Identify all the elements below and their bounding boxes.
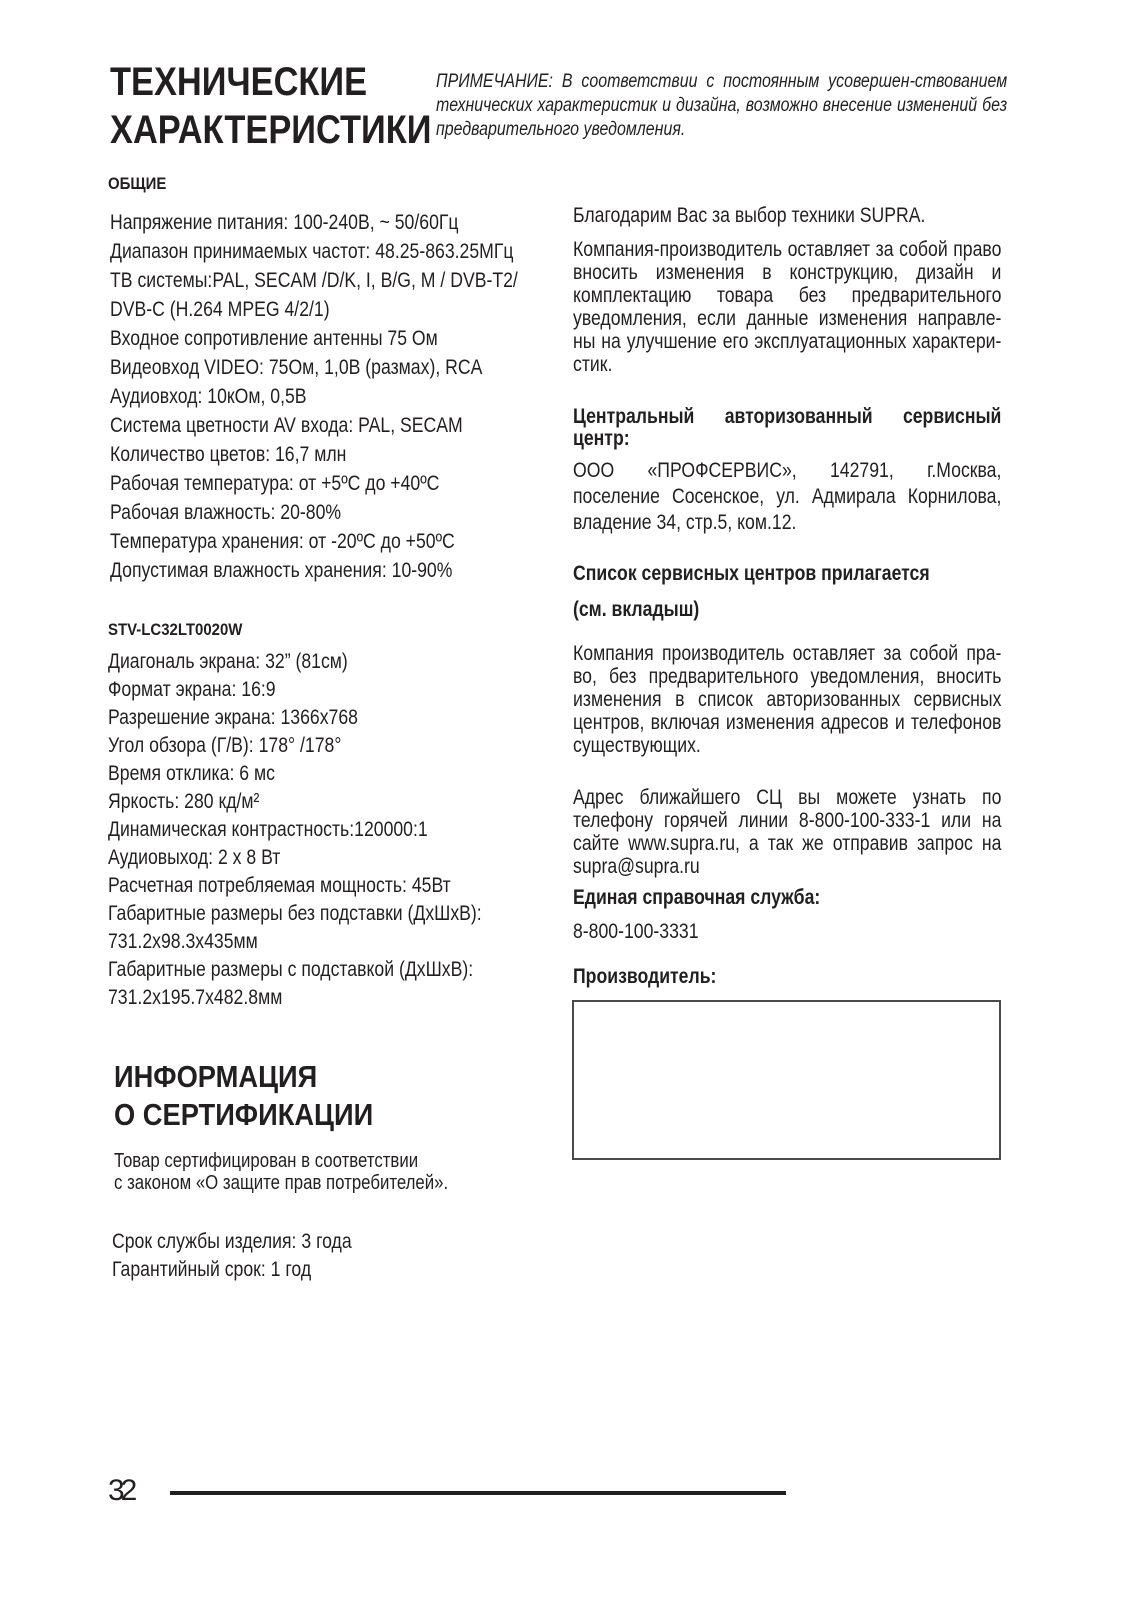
nearest-center-paragraph: Адрес ближайшего СЦ вы можете узнать по …	[573, 786, 1001, 878]
spec-item: Рабочая температура: от +5ºC до +40ºC	[110, 469, 518, 498]
spec-item: Система цветности AV входа: PAL, SECAM	[110, 411, 518, 440]
thanks-text: Благодарим Вас за выбор техники SUPRA.	[573, 204, 1001, 227]
page-number: 32	[108, 1474, 133, 1508]
spec-item: Динамическая контрастность:120000:1	[108, 816, 482, 844]
service-terms: Срок службы изделия: 3 года Гарантийный …	[112, 1228, 352, 1284]
rights-paragraph: Компания-производитель оставляет за собо…	[573, 238, 1001, 376]
footer-rule	[170, 1491, 786, 1495]
service-list-paragraph: Компания производитель оставляет за собо…	[573, 642, 1001, 757]
spec-item: Расчетная потребляемая мощность: 45Вт	[108, 872, 482, 900]
spec-item: Яркость: 280 кд/м²	[108, 788, 482, 816]
spec-item: Рабочая влажность: 20-80%	[110, 498, 518, 527]
manufacturer-heading: Производитель:	[573, 966, 1001, 988]
spec-item: Входное сопротивление антенны 75 Ом	[110, 324, 518, 353]
spec-item: Габаритные размеры без подставки (ДхШхВ)…	[108, 900, 482, 928]
warranty-period: Гарантийный срок: 1 год	[112, 1256, 352, 1284]
manufacturer-box	[572, 1000, 1001, 1160]
spec-item: Разрешение экрана: 1366x768	[108, 704, 482, 732]
spec-item: Формат экрана: 16:9	[108, 676, 482, 704]
certification-text-line2: с законом «О защите прав потребителей».	[114, 1172, 448, 1194]
service-list-heading: Список сервисных центров прилагается (см…	[573, 556, 1001, 628]
service-life: Срок службы изделия: 3 года	[112, 1228, 352, 1256]
spec-item: Допустимая влажность хранения: 10-90%	[110, 556, 518, 585]
spec-item: DVB-C (H.264 MPEG 4/2/1)	[110, 295, 518, 324]
service-list-heading-line2: (см. вкладыш)	[573, 592, 1001, 628]
certification-text: Товар сертифицирован в соответствии с за…	[114, 1150, 448, 1194]
certification-title-line1: ИНФОРМАЦИЯ	[114, 1058, 373, 1096]
spec-item: Время отклика: 6 мс	[108, 760, 482, 788]
change-notice: ПРИМЕЧАНИЕ: В соответствии с постоянным …	[436, 70, 1007, 142]
certification-title: ИНФОРМАЦИЯ О СЕРТИФИКАЦИИ	[114, 1058, 373, 1134]
model-heading: STV-LC32LT0020W	[108, 620, 242, 640]
model-spec-list: Диагональ экрана: 32” (81см)Формат экран…	[108, 648, 482, 1012]
general-spec-list: Напряжение питания: 100-240В, ~ 50/60ГцД…	[110, 208, 518, 585]
central-service-address: ООО «ПРОФСЕРВИС», 142791, г.Москва, посе…	[573, 458, 1001, 536]
central-service-heading: Центральный авторизованный сервисный цен…	[573, 406, 1001, 450]
spec-item: Угол обзора (Г/В): 178° /178°	[108, 732, 482, 760]
spec-item: Количество цветов: 16,7 млн	[110, 440, 518, 469]
spec-item: Габаритные размеры с подставкой (ДхШхВ):	[108, 956, 482, 984]
service-list-heading-line1: Список сервисных центров прилагается	[573, 556, 1001, 592]
spec-item: Температура хранения: от -20ºC до +50ºC	[110, 527, 518, 556]
helpdesk-heading: Единая справочная служба:	[573, 887, 1001, 909]
spec-item: Видеовход VIDEO: 75Ом, 1,0В (размах), RC…	[110, 353, 518, 382]
page-title-line2: ХАРАКТЕРИСТИКИ	[110, 106, 431, 154]
general-heading: ОБЩИЕ	[108, 174, 166, 194]
spec-item: Диагональ экрана: 32” (81см)	[108, 648, 482, 676]
page-title-line1: ТЕХНИЧЕСКИЕ	[110, 58, 431, 106]
spec-item: Аудиовход: 10кОм, 0,5В	[110, 382, 518, 411]
spec-item: 731.2x195.7x482.8мм	[108, 984, 482, 1012]
certification-title-line2: О СЕРТИФИКАЦИИ	[114, 1096, 373, 1134]
spec-item: 731.2x98.3x435мм	[108, 928, 482, 956]
page-title: ТЕХНИЧЕСКИЕ ХАРАКТЕРИСТИКИ	[110, 58, 431, 154]
spec-item: Аудиовыход: 2 x 8 Вт	[108, 844, 482, 872]
helpdesk-phone: 8-800-100-3331	[573, 920, 1001, 943]
spec-item: Диапазон принимаемых частот: 48.25-863.2…	[110, 237, 518, 266]
spec-item: Напряжение питания: 100-240В, ~ 50/60Гц	[110, 208, 518, 237]
certification-text-line1: Товар сертифицирован в соответствии	[114, 1150, 448, 1172]
spec-item: ТВ системы:PAL, SECAM /D/K, I, B/G, M / …	[110, 266, 518, 295]
